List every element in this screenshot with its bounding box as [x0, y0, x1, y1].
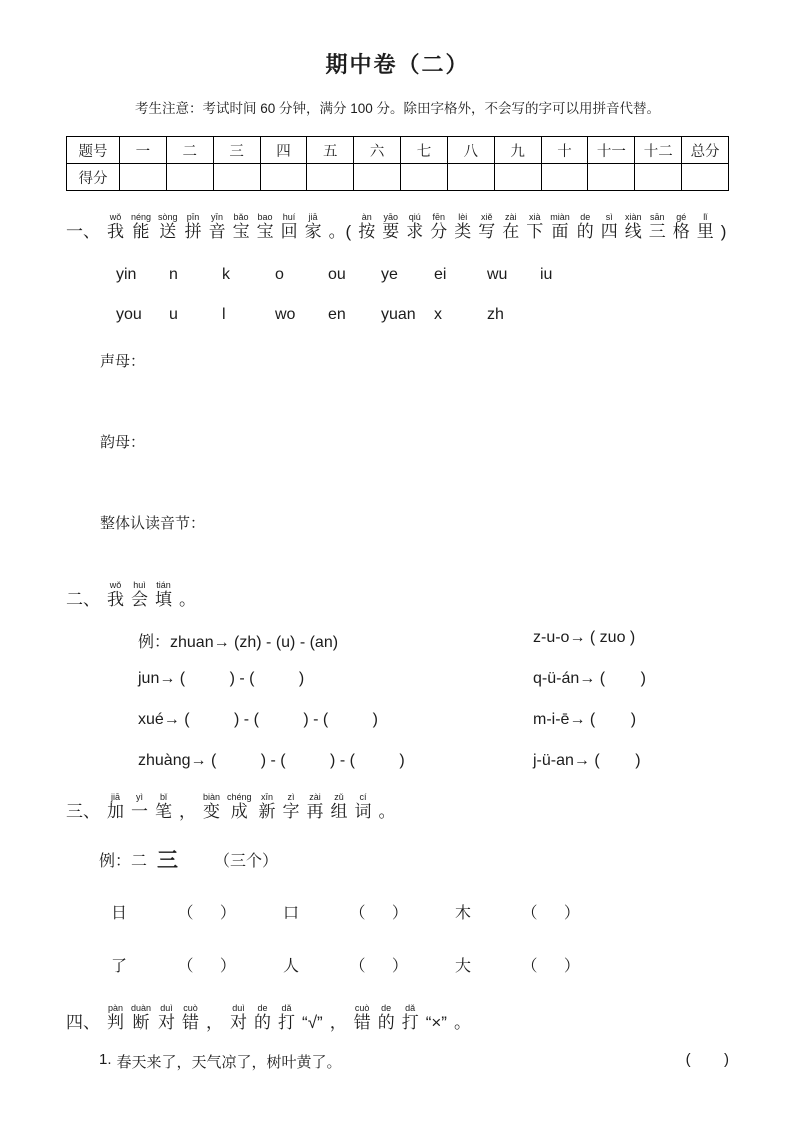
q2-left-expression: zhuàng→ ( ) - ( ) - ( ) [66, 752, 533, 770]
judgment-answer-parens: ( ) [686, 1051, 729, 1072]
score-table-question-number: 九 [494, 137, 541, 164]
pinyin-item: ou [328, 266, 381, 284]
q2-fill-row: jun→ ( ) - ( ) q-ü-án→ ( ) [66, 670, 729, 711]
exam-notice: 考生注意：考试时间 60 分钟，满分 100 分。除田字格外，不会写的字可以用拼… [66, 100, 729, 118]
exam-paper-page: 期中卷（二） 考生注意：考试时间 60 分钟，满分 100 分。除田字格外，不会… [0, 0, 793, 1122]
q3-character-cell: 了 （ ） [111, 953, 283, 976]
q2-left-expression: xué→ ( ) - ( ) - ( ) [66, 711, 533, 729]
q4-heading: 四、 判pàn断duàn对duì错cuò， 对duì的de打dǎ“√” ， 错c… [66, 1004, 729, 1033]
pinyin-item: yin [116, 266, 169, 284]
q1-pinyin-row-2: youulwoenyuanxzh [66, 306, 729, 324]
pinyin-item: x [434, 306, 487, 324]
q3-example-prefix: 例：二 [99, 848, 147, 871]
q3-example: 例：二 三 （三个） [66, 844, 729, 874]
q3-paren-close: ） [220, 905, 236, 922]
q1-pinyin-row-1: yinnkoouyeeiwuiu [66, 266, 729, 284]
pinyin-item: zh [487, 306, 540, 324]
score-table-question-number: 五 [307, 137, 354, 164]
pinyin-item: iu [540, 266, 593, 284]
q3-character-cell: 口 （ ） [283, 900, 455, 923]
q3-paren-open: （ [349, 900, 387, 923]
q2-fill-row: xué→ ( ) - ( ) - ( ) m-i-ē→ ( ) [66, 711, 729, 752]
q3-character-cell: 大 （ ） [455, 953, 627, 976]
q2-right-expression: z-u-o→ ( zuo ) [533, 629, 635, 647]
score-table-score-cell [635, 164, 682, 191]
q1-heading: 一、 我wǒ能néng送sòng拼pīn音yīn宝bǎo宝bao回huí家jiā… [66, 213, 729, 242]
score-table-score-cell [166, 164, 213, 191]
pinyin-item: o [275, 266, 328, 284]
pinyin-item: en [328, 306, 381, 324]
q1-label-shengmu: 声母： [66, 350, 729, 371]
q3-base-character: 木 [455, 900, 517, 923]
q3-paren-open: （ [177, 900, 215, 923]
score-table-score-cell [354, 164, 401, 191]
pinyin-item: wo [275, 306, 328, 324]
q2-heading: 二、 我wǒ会huì填tián。 [66, 581, 729, 610]
q2-right-expression: m-i-ē→ ( ) [533, 711, 636, 729]
score-table-question-number: 八 [447, 137, 494, 164]
q3-paren-close: ） [564, 958, 580, 975]
q3-base-character: 人 [283, 953, 345, 976]
q3-base-character: 了 [111, 953, 173, 976]
q3-example-suffix: （三个） [214, 848, 278, 871]
score-table-score-label: 得分 [67, 164, 120, 191]
q3-character-cell: 日 （ ） [111, 900, 283, 923]
judgment-item-text: 春天来了，天气凉了，树叶黄了。 [117, 1051, 342, 1072]
score-table-score-cell [588, 164, 635, 191]
pinyin-item: ei [434, 266, 487, 284]
pinyin-item: u [169, 306, 222, 324]
page-title: 期中卷（二） [66, 50, 729, 80]
q3-heading: 三、 加jiā一yì笔bǐ， 变biàn成chéng新xīn字zì再zài组zǔ… [66, 793, 729, 822]
score-table-question-number: 总分 [682, 137, 729, 164]
q3-paren-open: （ [177, 953, 215, 976]
q3-paren-open: （ [521, 900, 559, 923]
score-table-score-cell [541, 164, 588, 191]
q2-left-expression: jun→ ( ) - ( ) [66, 670, 533, 688]
judgment-item-number: 1. [99, 1051, 112, 1072]
score-table-question-number: 三 [213, 137, 260, 164]
pinyin-item: n [169, 266, 222, 284]
q3-character-cell: 人 （ ） [283, 953, 455, 976]
q2-right-expression: q-ü-án→ ( ) [533, 670, 646, 688]
q3-paren-close: ） [392, 958, 408, 975]
q2-left-expression: 例：zhuan→ (zh) - (u) - (an) [66, 629, 533, 652]
score-table-question-number: 十一 [588, 137, 635, 164]
q3-base-character: 日 [111, 900, 173, 923]
score-table-question-number: 十 [541, 137, 588, 164]
score-table: 题号 一二三四五六七八九十十一十二总分 得分 [66, 136, 729, 191]
page-content: 期中卷（二） 考生注意：考试时间 60 分钟，满分 100 分。除田字格外，不会… [0, 0, 793, 1072]
score-table-score-cell [307, 164, 354, 191]
score-table-score-cell [213, 164, 260, 191]
q3-character-row-2: 了 （ ） 人 （ ） 大 （ ） [66, 953, 729, 976]
score-table-score-cell [120, 164, 167, 191]
pinyin-item: l [222, 306, 275, 324]
q4-judgment-items: 1. 春天来了，天气凉了，树叶黄了。 ( ) [66, 1051, 729, 1072]
q3-paren-open: （ [349, 953, 387, 976]
score-table-question-number: 四 [260, 137, 307, 164]
q2-fill-row: zhuàng→ ( ) - ( ) - ( ) j-ü-an→ ( ) [66, 752, 729, 793]
q3-base-character: 口 [283, 900, 345, 923]
q2-fill-rows: 例：zhuan→ (zh) - (u) - (an) z-u-o→ ( zuo … [66, 629, 729, 793]
q3-character-row-1: 日 （ ） 口 （ ） 木 （ ） [66, 900, 729, 923]
pinyin-item: you [116, 306, 169, 324]
q3-character-cell: 木 （ ） [455, 900, 627, 923]
score-table-score-cell [447, 164, 494, 191]
q2-right-expression: j-ü-an→ ( ) [533, 752, 641, 770]
q3-paren-close: ） [392, 905, 408, 922]
judgment-item: 1. 春天来了，天气凉了，树叶黄了。 ( ) [66, 1051, 729, 1072]
q3-paren-close: ） [564, 905, 580, 922]
score-table-score-cell [401, 164, 448, 191]
q2-fill-row: 例：zhuan→ (zh) - (u) - (an) z-u-o→ ( zuo … [66, 629, 729, 670]
q3-example-answer-char: 三 [157, 844, 178, 874]
score-table-question-number: 六 [354, 137, 401, 164]
q1-label-zhengti: 整体认读音节： [66, 512, 729, 533]
pinyin-item: k [222, 266, 275, 284]
q3-paren-close: ） [220, 958, 236, 975]
score-table-score-cell [260, 164, 307, 191]
score-table-score-cell [682, 164, 729, 191]
score-table-header-row: 题号 一二三四五六七八九十十一十二总分 [67, 137, 729, 164]
score-table-corner-label: 题号 [67, 137, 120, 164]
score-table-question-number: 七 [401, 137, 448, 164]
q3-paren-open: （ [521, 953, 559, 976]
pinyin-item: yuan [381, 306, 434, 324]
pinyin-item: ye [381, 266, 434, 284]
score-table-score-cell [494, 164, 541, 191]
score-table-question-number: 一 [120, 137, 167, 164]
q1-label-yunmu: 韵母： [66, 431, 729, 452]
score-table-score-row: 得分 [67, 164, 729, 191]
score-table-question-number: 十二 [635, 137, 682, 164]
score-table-question-number: 二 [166, 137, 213, 164]
pinyin-item: wu [487, 266, 540, 284]
q3-base-character: 大 [455, 953, 517, 976]
